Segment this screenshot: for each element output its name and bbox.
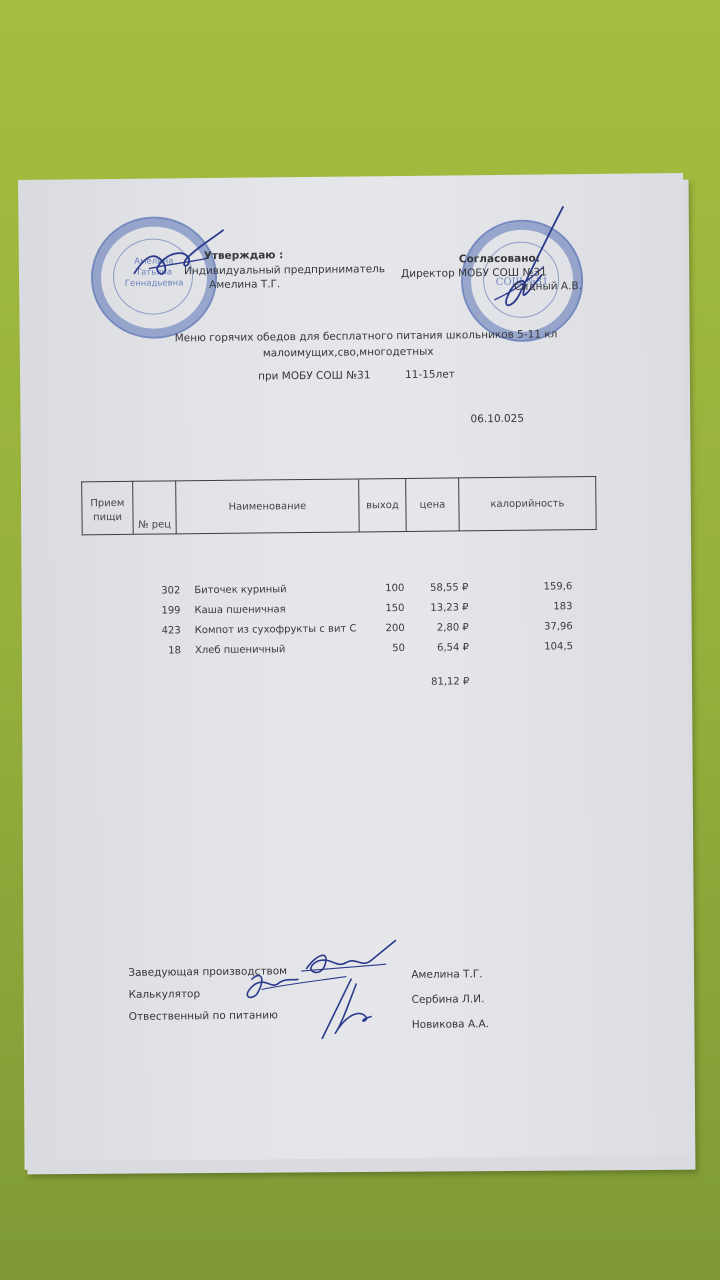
- total-row: 81,12 ₽: [83, 672, 598, 697]
- dish-calories: 104,5: [493, 641, 573, 653]
- age-group: 11-15лет: [405, 368, 455, 381]
- signature-name-1: Амелина Т.Г.: [411, 968, 482, 981]
- dish-calories: 37,96: [493, 621, 573, 633]
- dish-price: 2,80 ₽: [411, 622, 469, 634]
- dish-name: Хлеб пшеничный: [195, 644, 286, 656]
- menu-rows: 302 Биточек куриный 100 58,55 ₽ 159,6 19…: [82, 578, 598, 697]
- dish-output: 200: [365, 623, 405, 634]
- header-meal: Прием пищи: [82, 481, 134, 535]
- total-price: 81,12 ₽: [411, 676, 469, 688]
- title-line-1: Меню горячих обедов для бесплатного пита…: [175, 328, 558, 344]
- dish-price: 13,23 ₽: [410, 602, 468, 614]
- approve-heading: Утверждаю :: [204, 249, 284, 262]
- dish-output: 150: [364, 603, 404, 614]
- approve-position: Индивидуальный предприниматель: [184, 263, 385, 277]
- header-price: цена: [406, 478, 460, 532]
- school-name: при МОБУ СОШ №31: [258, 369, 371, 382]
- header-calories: калорийность: [459, 476, 597, 530]
- dish-name: Биточек куриный: [194, 584, 286, 596]
- document-date: 06.10.025: [470, 413, 524, 426]
- recipe-no: 302: [140, 585, 180, 596]
- agree-heading: Согласовано:: [459, 253, 540, 266]
- recipe-no: 199: [140, 605, 180, 616]
- signature-role-2: Калькулятор: [128, 988, 200, 1001]
- handwritten-signatures: [206, 938, 407, 1060]
- title-line-2: малоимущих,сво,многодетных: [263, 346, 434, 360]
- agree-name: Сидный А.В.: [514, 280, 582, 293]
- recipe-no: 423: [141, 625, 181, 636]
- menu-document: Амелина Татьяна Геннадьевна Утверждаю : …: [18, 173, 693, 1162]
- dish-name: Компот из сухофрукты с вит С: [195, 623, 357, 636]
- dish-name: Каша пшеничная: [194, 604, 285, 616]
- approve-name: Амелина Т.Г.: [209, 278, 280, 291]
- dish-output: 50: [365, 643, 405, 654]
- header-name: Наименование: [176, 479, 360, 534]
- recipe-no: 18: [141, 645, 181, 656]
- dish-price: 58,55 ₽: [410, 582, 468, 594]
- dish-price: 6,54 ₽: [411, 642, 469, 654]
- signature-name-3: Новикова А.А.: [412, 1018, 489, 1031]
- header-recipe-no: № рец: [133, 481, 177, 534]
- dish-calories: 183: [492, 601, 572, 613]
- agree-position: Директор МОБУ СОШ №31: [401, 266, 547, 280]
- signature-name-2: Сербина Л.И.: [412, 993, 485, 1006]
- dish-calories: 159,6: [492, 581, 572, 593]
- dish-output: 100: [364, 583, 404, 594]
- menu-table-header: Прием пищи № рец Наименование выход цена…: [81, 476, 597, 535]
- table-row: 18 Хлеб пшеничный 50 6,54 ₽ 104,5: [83, 638, 598, 663]
- header-output: выход: [359, 478, 407, 531]
